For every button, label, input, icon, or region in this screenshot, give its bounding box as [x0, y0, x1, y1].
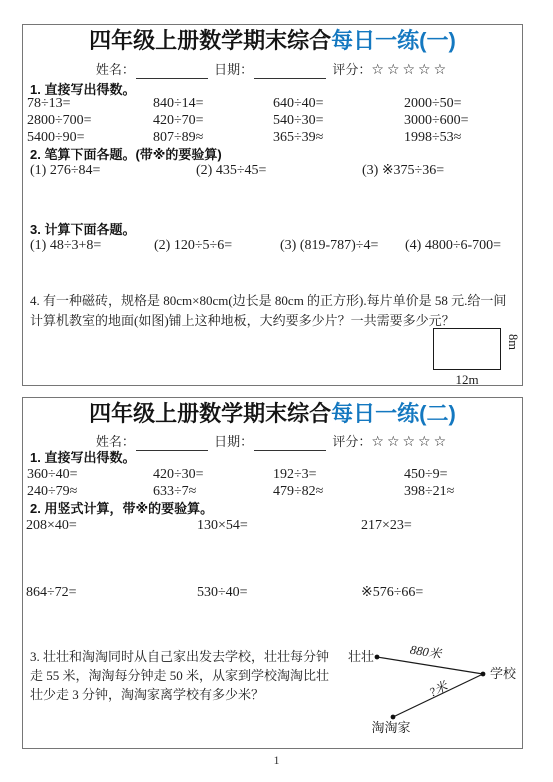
math-problem: 864÷72= [26, 585, 197, 601]
math-problem: 217×23= [361, 518, 519, 534]
distance-known-label: 880米 [409, 643, 444, 662]
name-blank-line [136, 437, 208, 451]
math-problem: 398÷21≈ [404, 484, 519, 500]
math-problem: (3) (819-787)÷4= [280, 238, 405, 254]
sheet1-section1-heading: 1. 直接写出得数。 [30, 82, 135, 97]
math-problem: 479÷82≈ [273, 484, 404, 500]
math-problem: 807÷89≈ [153, 130, 273, 146]
zhuang-location-dot [375, 655, 380, 660]
school-label: 学校 [490, 666, 517, 681]
score-stars: ☆☆☆☆☆ [371, 434, 449, 450]
math-problem: 78÷13= [27, 96, 153, 112]
score-label: 评分： [332, 434, 371, 449]
math-problem: 530÷40= [197, 585, 361, 601]
math-problem: 2000÷50= [404, 96, 519, 112]
date-label: 日期： [214, 62, 253, 77]
word-problem-line: 计算机教室的地面(如图)铺上这种地板，大约要多少片？一共需要多少元？ [30, 311, 455, 330]
zhuang-label: 壮壮 [348, 649, 374, 664]
score-label: 评分： [332, 62, 371, 77]
math-problem: 450÷9= [404, 467, 519, 483]
sheet1-title: 四年级上册数学期末综合每日一练(一) [23, 28, 522, 54]
math-problem: (1) 276÷84= [30, 163, 196, 179]
word-problem-line: 4. 有一种磁砖，规格是 80cm×80cm(边长是 80cm 的正方形).每片… [30, 291, 506, 310]
math-problem: 640÷40= [273, 96, 404, 112]
problem-row: 2800÷700= 420÷70= 540÷30= 3000÷600= [27, 113, 519, 129]
name-label: 姓名： [96, 434, 135, 449]
sheet1-title-highlight: 每日一练(一) [331, 28, 456, 53]
home-location-dot [391, 715, 396, 720]
classroom-rectangle-diagram [433, 328, 501, 370]
math-problem: 192÷3= [273, 467, 404, 483]
math-problem: 130×54= [197, 518, 361, 534]
word-problem-line: 走 55 米，淘淘每分钟走 50 米，从家到学校淘淘比壮 [30, 667, 329, 686]
date-label: 日期： [214, 434, 253, 449]
sheet2-title-text: 四年级上册数学期末综合 [89, 401, 331, 426]
sheet2-title-highlight: 每日一练(二) [331, 401, 456, 426]
problem-row: 240÷79≈ 633÷7≈ 479÷82≈ 398÷21≈ [27, 484, 519, 500]
route-diagram: 壮壮 学校 淘淘家 880米 ?米 [343, 642, 533, 744]
problem-row: 208×40= 130×54= 217×23= [26, 518, 519, 534]
problem-row: (1) 276÷84= (2) 435÷45= (3) ※375÷36= [30, 163, 519, 179]
math-problem: 5400÷90= [27, 130, 153, 146]
sheet1-section3-heading: 3. 计算下面各题。 [30, 222, 135, 237]
page-number: 1 [0, 753, 553, 768]
problem-row: 360÷40= 420÷30= 192÷3= 450÷9= [27, 467, 519, 483]
math-problem: (4) 4800÷6-700= [405, 238, 519, 254]
math-problem: (2) 120÷5÷6= [154, 238, 280, 254]
math-problem: 2800÷700= [27, 113, 153, 129]
worksheet-1: 四年级上册数学期末综合每日一练(一) 姓名： 日期： 评分：☆☆☆☆☆ 1. 直… [22, 24, 523, 386]
problem-row: 864÷72= 530÷40= ※576÷66= [26, 585, 519, 601]
sheet2-header-row: 姓名： 日期： 评分：☆☆☆☆☆ [23, 433, 522, 451]
rect-height-label: 8m [505, 334, 520, 350]
problem-row: 5400÷90= 807÷89≈ 365÷39≈ 1998÷53≈ [27, 130, 519, 146]
math-problem: 3000÷600= [404, 113, 519, 129]
math-problem: 840÷14= [153, 96, 273, 112]
math-problem: 360÷40= [27, 467, 153, 483]
sheet2-section2-heading: 2. 用竖式计算，带※的要验算。 [30, 501, 213, 516]
math-problem: 633÷7≈ [153, 484, 273, 500]
distance-unknown-label: ?米 [427, 678, 451, 699]
sheet2-title: 四年级上册数学期末综合每日一练(二) [23, 401, 522, 427]
home-label: 淘淘家 [371, 720, 410, 735]
worksheet-2: 四年级上册数学期末综合每日一练(二) 姓名： 日期： 评分：☆☆☆☆☆ 1. 直… [22, 397, 523, 749]
rect-width-label: 12m [433, 372, 501, 388]
math-problem: (2) 435÷45= [196, 163, 362, 179]
math-problem: 365÷39≈ [273, 130, 404, 146]
math-problem: (3) ※375÷36= [362, 163, 519, 179]
word-problem-line: 壮少走 3 分钟，淘淘家离学校有多少米？ [30, 686, 264, 705]
math-problem: 420÷30= [153, 467, 273, 483]
math-problem: ※576÷66= [361, 585, 519, 601]
math-problem: 420÷70= [153, 113, 273, 129]
math-problem: 240÷79≈ [27, 484, 153, 500]
math-problem: 1998÷53≈ [404, 130, 519, 146]
school-location-dot [481, 672, 486, 677]
sheet1-section2-heading: 2. 笔算下面各题。(带※的要验算) [30, 147, 222, 162]
date-blank-line [254, 437, 326, 451]
score-stars: ☆☆☆☆☆ [371, 62, 449, 78]
math-problem: (1) 48÷3+8= [30, 238, 154, 254]
problem-row: (1) 48÷3+8= (2) 120÷5÷6= (3) (819-787)÷4… [30, 238, 519, 254]
name-blank-line [136, 65, 208, 79]
math-problem: 208×40= [26, 518, 197, 534]
problem-row: 78÷13= 840÷14= 640÷40= 2000÷50= [27, 96, 519, 112]
sheet1-header-row: 姓名： 日期： 评分：☆☆☆☆☆ [23, 61, 522, 79]
name-label: 姓名： [96, 62, 135, 77]
math-problem: 540÷30= [273, 113, 404, 129]
date-blank-line [254, 65, 326, 79]
sheet1-title-text: 四年级上册数学期末综合 [89, 28, 331, 53]
sheet2-section1-heading: 1. 直接写出得数。 [30, 450, 135, 465]
word-problem-line: 3. 壮壮和淘淘同时从自己家出发去学校，壮壮每分钟 [30, 648, 329, 667]
